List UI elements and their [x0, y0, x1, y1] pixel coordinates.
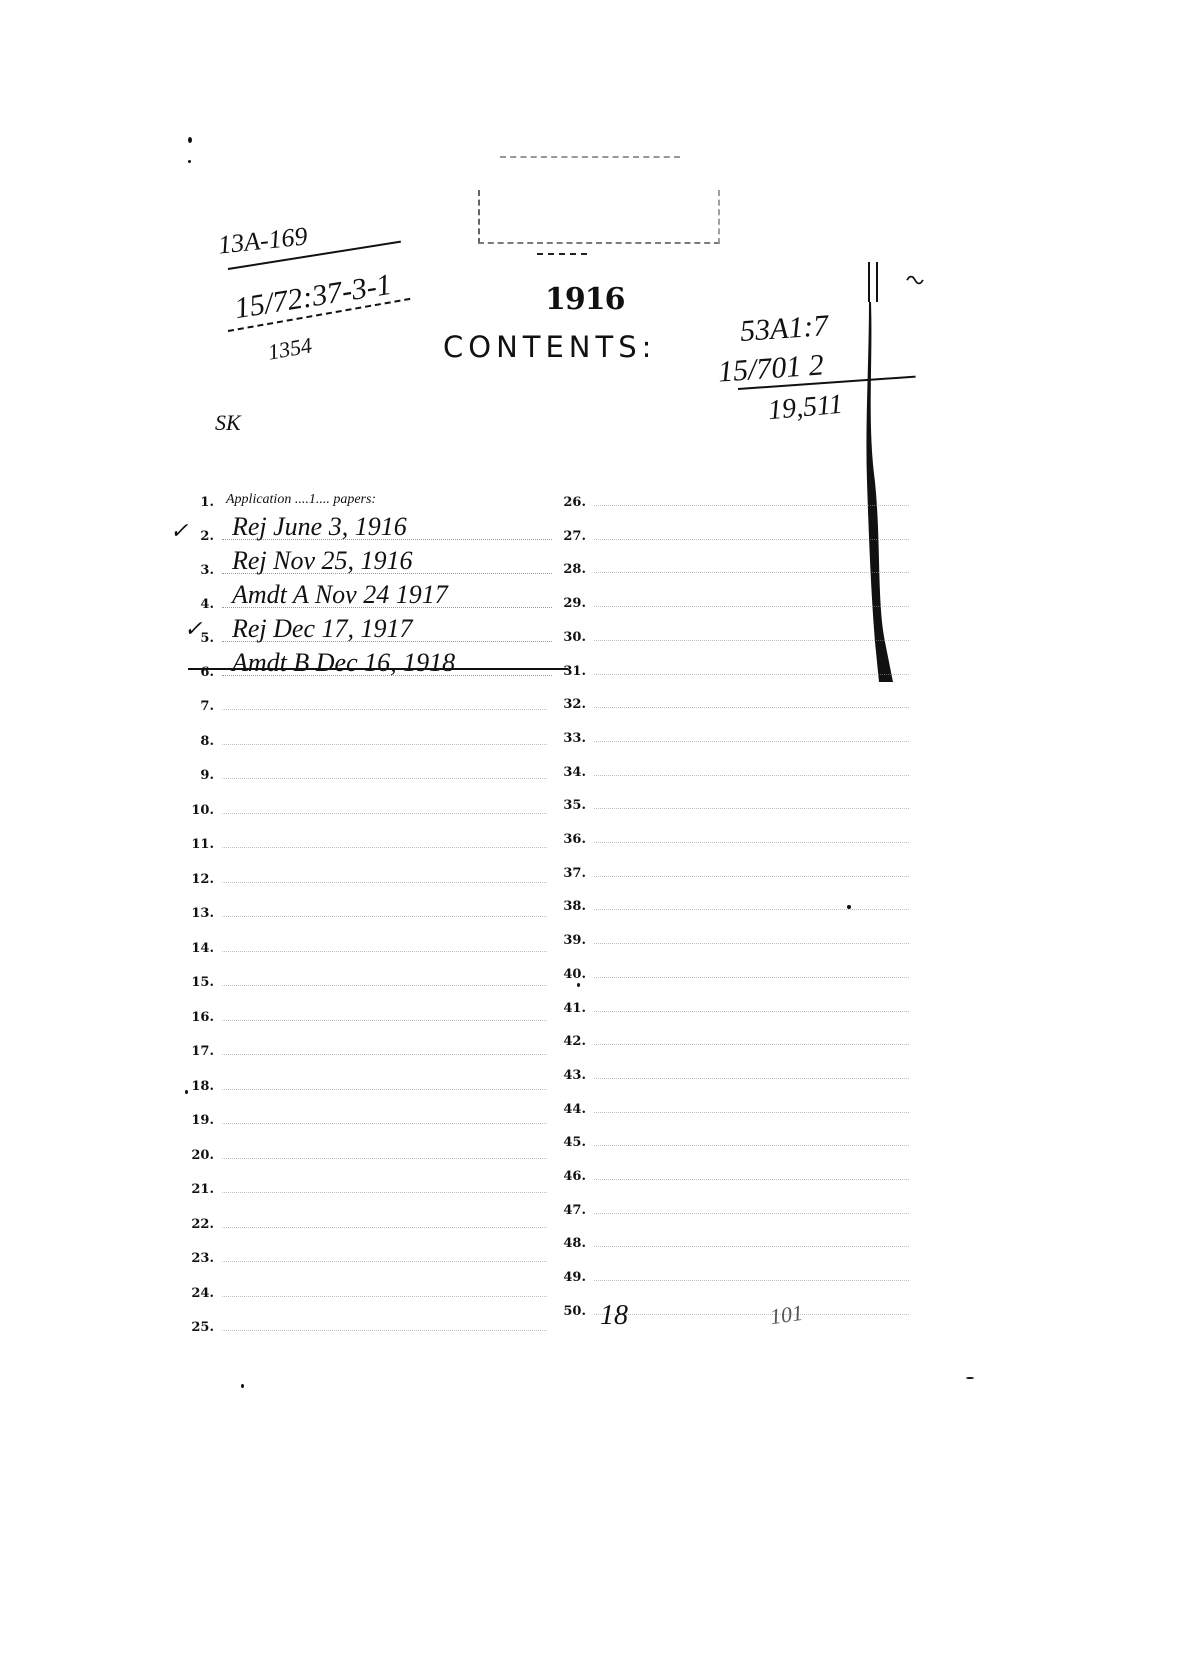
blank-entry-line — [594, 1314, 909, 1315]
entry-6-underline — [188, 668, 568, 670]
scan-speck — [241, 1384, 244, 1388]
stamp-underline — [537, 253, 587, 255]
contents-row: 24. — [188, 1267, 568, 1301]
contents-row: 45. — [560, 1116, 920, 1150]
contents-row: 25. — [188, 1301, 568, 1335]
row-number: 44. — [560, 1102, 594, 1117]
row-number: 11. — [188, 837, 222, 852]
row-number: 24. — [188, 1286, 222, 1301]
blank-entry-line — [594, 741, 909, 742]
handwritten-entry: Rej Nov 25, 1916 — [232, 546, 413, 576]
row-number: 22. — [188, 1217, 222, 1232]
blank-entry-line — [594, 775, 909, 776]
blank-entry-line — [222, 1227, 547, 1228]
blank-entry-line — [594, 808, 909, 809]
row-number: 42. — [560, 1034, 594, 1049]
contents-row: 21. — [188, 1163, 568, 1197]
blank-entry-line — [594, 1112, 909, 1113]
blank-entry-line — [594, 1011, 909, 1012]
blank-entry-line — [594, 876, 909, 877]
scan-speck — [185, 1090, 188, 1094]
blank-entry-line — [222, 813, 547, 814]
contents-row: 7. — [188, 680, 568, 714]
contents-row: 6. Amdt B Dec 16, 1918 — [188, 646, 568, 680]
contents-row: 27. — [560, 510, 920, 544]
contents-row: 12. — [188, 853, 568, 887]
row-number: 47. — [560, 1203, 594, 1218]
contents-row: 46. — [560, 1150, 920, 1184]
annotation-top-right-3: 19,511 — [767, 389, 844, 427]
blank-entry-line — [594, 1179, 909, 1180]
contents-row: 16. — [188, 991, 568, 1025]
blank-entry-line — [222, 709, 547, 710]
scan-speck — [847, 905, 851, 909]
row-number: 7. — [188, 699, 222, 714]
contents-row: 20. — [188, 1129, 568, 1163]
contents-row: 44. — [560, 1083, 920, 1117]
contents-row: 36. — [560, 813, 920, 847]
row-number: 32. — [560, 697, 594, 712]
blank-entry-line — [222, 1054, 547, 1055]
contents-row: 5. Rej Dec 17, 1917 ✓ — [188, 612, 568, 646]
initials: SK — [215, 410, 241, 436]
blank-entry-line — [222, 1330, 547, 1331]
blank-entry-line — [594, 572, 909, 573]
blank-entry-line — [222, 1020, 547, 1021]
row-number: 49. — [560, 1270, 594, 1285]
check-mark: ✓ — [170, 518, 188, 544]
row-number: 20. — [188, 1148, 222, 1163]
contents-row: 13. — [188, 887, 568, 921]
corner-squiggle: ~ — [899, 260, 929, 302]
blank-entry-line — [594, 1145, 909, 1146]
row-number: 23. — [188, 1251, 222, 1266]
contents-row: 39. — [560, 914, 920, 948]
blank-entry-line — [222, 778, 547, 779]
handwritten-entry: Rej June 3, 1916 — [232, 512, 407, 542]
document-year: 1916 — [545, 282, 625, 317]
row-number: 45. — [560, 1135, 594, 1150]
row-number: 17. — [188, 1044, 222, 1059]
scan-speck — [188, 137, 192, 143]
handwritten-entry: Amdt A Nov 24 1917 — [232, 580, 448, 610]
annotation-top-right-1: 53A1:7 — [739, 309, 829, 349]
contents-row: 14. — [188, 922, 568, 956]
row-number: 34. — [560, 765, 594, 780]
scan-speck — [577, 983, 580, 987]
row-number: 1. — [188, 495, 222, 510]
contents-row: 33. — [560, 712, 920, 746]
scan-speck — [188, 160, 191, 163]
blank-entry-line — [594, 1246, 909, 1247]
row-number: 37. — [560, 866, 594, 881]
contents-row: 41. — [560, 982, 920, 1016]
blank-entry-line — [594, 1078, 909, 1079]
blank-entry-line — [594, 842, 909, 843]
row-number: 30. — [560, 630, 594, 645]
blank-entry-line — [594, 640, 909, 641]
row-number: 10. — [188, 803, 222, 818]
row-number: 13. — [188, 906, 222, 921]
contents-row: 49. — [560, 1251, 920, 1285]
contents-row: 17. — [188, 1025, 568, 1059]
contents-row: 29. — [560, 577, 920, 611]
row-number: 31. — [560, 664, 594, 679]
contents-row: 1. Application ....1.... papers: — [188, 476, 568, 510]
annotation-bottom-right: 101 — [768, 1300, 804, 1330]
contents-row: 23. — [188, 1232, 568, 1266]
blank-entry-line — [594, 977, 909, 978]
row-number: 26. — [560, 495, 594, 510]
blank-entry-line — [222, 744, 547, 745]
contents-row: 10. — [188, 784, 568, 818]
contents-row: 35. — [560, 779, 920, 813]
contents-row: 9. — [188, 749, 568, 783]
scan-speck — [966, 1377, 974, 1379]
blank-entry-line — [222, 985, 547, 986]
contents-row: 11. — [188, 818, 568, 852]
contents-row: 38. — [560, 880, 920, 914]
row-number: 12. — [188, 872, 222, 887]
row-number: 18. — [188, 1079, 222, 1094]
row-number: 3. — [188, 563, 222, 578]
annotation-top-left-1: 13A-169 — [217, 221, 309, 260]
blank-entry-line — [594, 606, 909, 607]
row-number: 25. — [188, 1320, 222, 1335]
contents-row: 34. — [560, 746, 920, 780]
contents-row: 18. — [188, 1060, 568, 1094]
contents-row: 15. — [188, 956, 568, 990]
blank-entry-line — [222, 1158, 547, 1159]
row-number: 41. — [560, 1001, 594, 1016]
row-number: 35. — [560, 798, 594, 813]
contents-row: 8. — [188, 715, 568, 749]
blank-entry-line — [222, 882, 547, 883]
blank-entry-line — [222, 1296, 547, 1297]
row-number: 8. — [188, 734, 222, 749]
faded-stamp-box — [478, 190, 720, 244]
blank-entry-line — [222, 1089, 547, 1090]
row-number: 21. — [188, 1182, 222, 1197]
contents-row: 26. — [560, 476, 920, 510]
row-number: 50. — [560, 1304, 594, 1319]
check-mark: ✓ — [184, 616, 202, 642]
contents-row: 4. Amdt A Nov 24 1917 — [188, 578, 568, 612]
blank-entry-line — [594, 674, 909, 675]
contents-row: 3. Rej Nov 25, 1916 — [188, 544, 568, 578]
blank-entry-line — [594, 539, 909, 540]
contents-row: 37. — [560, 847, 920, 881]
row-number: 14. — [188, 941, 222, 956]
row-number: 43. — [560, 1068, 594, 1083]
contents-row: 19. — [188, 1094, 568, 1128]
row-number: 33. — [560, 731, 594, 746]
row-number: 46. — [560, 1169, 594, 1184]
page-title: CONTENTS: — [443, 330, 656, 364]
contents-row: 47. — [560, 1184, 920, 1218]
row-number: 28. — [560, 562, 594, 577]
contents-row: 40. — [560, 948, 920, 982]
blank-entry-line — [222, 1192, 547, 1193]
blank-entry-line — [594, 943, 909, 944]
row-number: 15. — [188, 975, 222, 990]
contents-row: 28. — [560, 543, 920, 577]
contents-row: 42. — [560, 1015, 920, 1049]
row-number: 40. — [560, 967, 594, 982]
row-number: 36. — [560, 832, 594, 847]
row-number: 48. — [560, 1236, 594, 1251]
printed-entry: Application ....1.... papers: — [226, 492, 376, 508]
handwritten-entry: Amdt B Dec 16, 1918 — [232, 648, 455, 678]
contents-row: 22. — [188, 1198, 568, 1232]
blank-entry-line — [222, 916, 547, 917]
blank-entry-line — [222, 951, 547, 952]
annotation-top-left-2: 15/72:37-3-1 — [232, 268, 394, 326]
scanned-page: 1916 CONTENTS: 13A-169 15/72:37-3-1 1354… — [0, 0, 1200, 1663]
handwritten-entry: Rej Dec 17, 1917 — [232, 614, 413, 644]
row-number: 2. — [188, 529, 222, 544]
contents-row: 32. — [560, 678, 920, 712]
blank-entry-line — [594, 1044, 909, 1045]
annotation-bottom-center: 18 — [600, 1300, 628, 1332]
contents-row: 43. — [560, 1049, 920, 1083]
blank-entry-line — [594, 1213, 909, 1214]
blank-entry-line — [594, 909, 909, 910]
contents-row: 31. — [560, 645, 920, 679]
row-number: 27. — [560, 529, 594, 544]
blank-entry-line — [594, 1280, 909, 1281]
blank-entry-line — [222, 1123, 547, 1124]
row-number: 29. — [560, 596, 594, 611]
row-number: 39. — [560, 933, 594, 948]
annotation-top-left-3: 1354 — [266, 332, 314, 365]
contents-row: 30. — [560, 611, 920, 645]
row-number: 9. — [188, 768, 222, 783]
row-number: 38. — [560, 899, 594, 914]
blank-entry-line — [222, 847, 547, 848]
contents-row: 48. — [560, 1217, 920, 1251]
row-number: 16. — [188, 1010, 222, 1025]
contents-row: 2. Rej June 3, 1916 ✓ — [188, 510, 568, 544]
blank-entry-line — [594, 505, 909, 506]
row-number: 4. — [188, 597, 222, 612]
stamp-top-edge — [500, 156, 680, 158]
blank-entry-line — [594, 707, 909, 708]
row-number: 19. — [188, 1113, 222, 1128]
blank-entry-line — [222, 1261, 547, 1262]
